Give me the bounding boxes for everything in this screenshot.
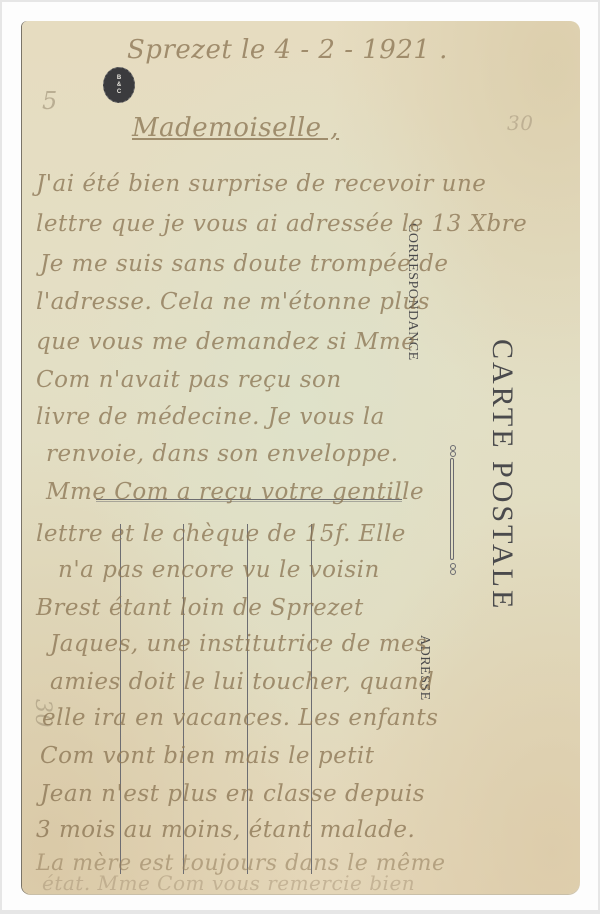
margin-number: 5: [42, 87, 58, 115]
letter-line: Mme Com a reçu votre gentille: [46, 479, 424, 505]
letter-line: Com vont bien mais le petit: [40, 743, 375, 769]
publisher-stamp-icon: B & C: [103, 67, 135, 103]
letter-line: livre de médecine. Je vous la: [36, 404, 385, 430]
letter-line: Jean n'est plus en classe depuis: [40, 781, 425, 807]
postcard-back: B & C CARTE POSTALE CORRESPONDANCE ADRES…: [22, 21, 580, 894]
divider-ornament: [450, 451, 456, 457]
letter-line: Jaques, une institutrice de mes: [50, 631, 427, 657]
margin-number: 30: [507, 111, 533, 135]
letter-line: lettre et le chèque de 15f. Elle: [36, 521, 406, 547]
letter-line: J'ai été bien surprise de recevoir une: [36, 171, 486, 197]
center-divider: [450, 458, 454, 560]
letter-line: 3 mois au moins, étant malade.: [36, 817, 415, 843]
letter-line: état. Mme Com vous remercie bien: [42, 871, 415, 894]
salutation: Mademoiselle ,: [132, 113, 339, 143]
divider-ornament: [450, 569, 456, 575]
letter-line: amies doit le lui toucher, quand: [50, 669, 434, 695]
letter-line: lettre que je vous ai adressée le 13 Xbr…: [36, 211, 527, 237]
dateline: Sprezet le 4 - 2 - 1921 .: [127, 35, 448, 65]
letter-line: renvoie, dans son enveloppe.: [46, 441, 399, 467]
letter-line: n'a pas encore vu le voisin: [58, 557, 380, 583]
letter-line: Com n'avait pas reçu son: [36, 367, 342, 393]
letter-line: Brest étant loin de Sprezet: [36, 595, 364, 621]
carte-postale-title: CARTE POSTALE: [485, 339, 519, 611]
letter-line: elle ira en vacances. Les enfants: [42, 705, 438, 731]
letter-line: que vous me demandez si Mme: [36, 329, 415, 355]
letter-line: l'adresse. Cela ne m'étonne plus: [36, 289, 430, 315]
letter-line: Je me suis sans doute trompée de: [40, 251, 448, 277]
